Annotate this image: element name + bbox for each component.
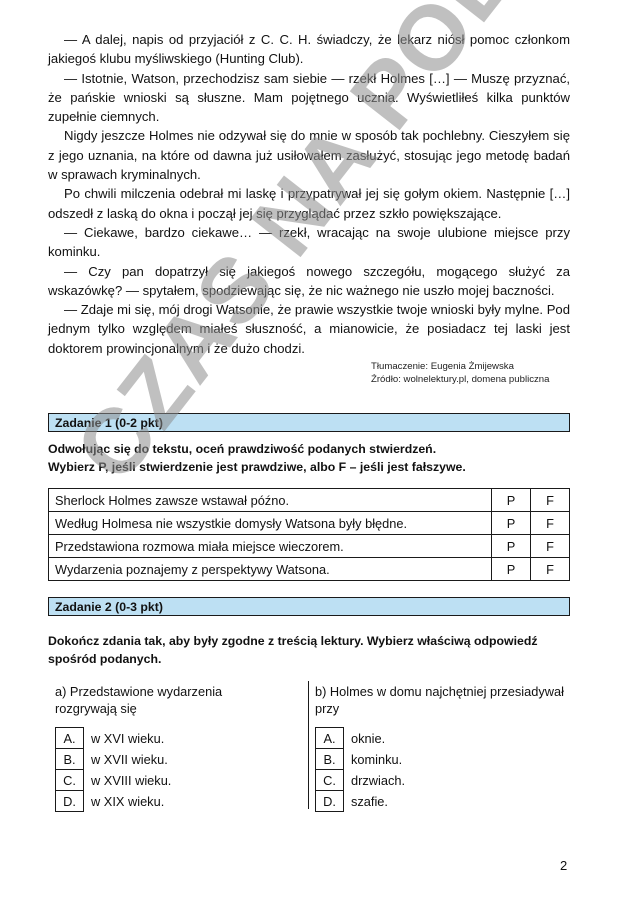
option-letter[interactable]: A. — [56, 728, 84, 749]
task2-header: Zadanie 2 (0-3 pkt) — [48, 597, 570, 616]
passage-paragraph: — A dalej, napis od przyjaciół z C. C. H… — [48, 30, 570, 69]
option-row[interactable]: B.kominku. — [316, 749, 406, 770]
statement-text: Sherlock Holmes zawsze wstawał późno. — [49, 489, 492, 512]
option-text[interactable]: szafie. — [344, 791, 406, 812]
passage-paragraph: Nigdy jeszcze Holmes nie odzywał się do … — [48, 126, 570, 184]
task2-instruction: Dokończ zdania tak, aby były zgodne z tr… — [48, 632, 578, 668]
option-letter[interactable]: D. — [316, 791, 344, 812]
table-row: Według Holmesa nie wszystkie domysły Wat… — [49, 512, 570, 535]
statement-text: Wydarzenia poznajemy z perspektywy Watso… — [49, 558, 492, 581]
column-divider — [308, 681, 309, 809]
passage-paragraph: Po chwili milczenia odebrał mi laskę i p… — [48, 184, 570, 223]
task1-header: Zadanie 1 (0-2 pkt) — [48, 413, 570, 432]
table-row: Wydarzenia poznajemy z perspektywy Watso… — [49, 558, 570, 581]
passage-paragraph: — Ciekawe, bardzo ciekawe… — rzekł, wrac… — [48, 223, 570, 262]
false-option[interactable]: F — [531, 558, 570, 581]
true-option[interactable]: P — [492, 489, 531, 512]
passage-paragraph: — Zdaje mi się, mój drogi Watsonie, że p… — [48, 300, 570, 358]
question-b: b) Holmes w domu najchętniej przesiadywa… — [315, 683, 564, 812]
option-text[interactable]: oknie. — [344, 728, 406, 749]
option-row[interactable]: B.w XVII wieku. — [56, 749, 172, 770]
option-text[interactable]: w XVIII wieku. — [84, 770, 172, 791]
question-b-prompt: b) Holmes w domu najchętniej przesiadywa… — [315, 683, 564, 717]
option-letter[interactable]: C. — [56, 770, 84, 791]
question-a-prompt: a) Przedstawione wydarzenia rozgrywają s… — [55, 683, 222, 717]
true-option[interactable]: P — [492, 535, 531, 558]
true-option[interactable]: P — [492, 558, 531, 581]
option-letter[interactable]: B. — [316, 749, 344, 770]
task1-instruction-line1: Odwołując się do tekstu, oceń prawdziwoś… — [48, 440, 578, 458]
task2-instruction-line1: Dokończ zdania tak, aby były zgodne z tr… — [48, 632, 578, 650]
option-row[interactable]: A.oknie. — [316, 728, 406, 749]
option-row[interactable]: C.w XVIII wieku. — [56, 770, 172, 791]
passage-paragraph: — Czy pan dopatrzył się jakiegoś nowego … — [48, 262, 570, 301]
passage-paragraph: — Istotnie, Watson, przechodzisz sam sie… — [48, 69, 570, 127]
option-letter[interactable]: D. — [56, 791, 84, 812]
false-option[interactable]: F — [531, 489, 570, 512]
option-letter[interactable]: C. — [316, 770, 344, 791]
option-row[interactable]: D.szafie. — [316, 791, 406, 812]
statement-text: Przedstawiona rozmowa miała miejsce wiec… — [49, 535, 492, 558]
source-credit: Źródło: wolnelektury.pl, domena publiczn… — [371, 373, 549, 386]
option-text[interactable]: drzwiach. — [344, 770, 406, 791]
statement-text: Według Holmesa nie wszystkie domysły Wat… — [49, 512, 492, 535]
task1-instruction: Odwołując się do tekstu, oceń prawdziwoś… — [48, 440, 578, 476]
question-b-options: A.oknie. B.kominku. C.drzwiach. D.szafie… — [315, 727, 406, 812]
true-option[interactable]: P — [492, 512, 531, 535]
question-a: a) Przedstawione wydarzenia rozgrywają s… — [55, 683, 222, 812]
false-option[interactable]: F — [531, 535, 570, 558]
question-a-options: A.w XVI wieku. B.w XVII wieku. C.w XVIII… — [55, 727, 172, 812]
option-text[interactable]: w XIX wieku. — [84, 791, 172, 812]
question-b-line2: przy — [315, 700, 564, 717]
false-option[interactable]: F — [531, 512, 570, 535]
table-row: Przedstawiona rozmowa miała miejsce wiec… — [49, 535, 570, 558]
question-a-line1: a) Przedstawione wydarzenia — [55, 683, 222, 700]
option-text[interactable]: kominku. — [344, 749, 406, 770]
option-letter[interactable]: A. — [316, 728, 344, 749]
passage-credits: Tłumaczenie: Eugenia Żmijewska Źródło: w… — [371, 360, 549, 386]
question-b-line1: b) Holmes w domu najchętniej przesiadywa… — [315, 683, 564, 700]
option-row[interactable]: D.w XIX wieku. — [56, 791, 172, 812]
task2-instruction-line2: spośród podanych. — [48, 650, 578, 668]
page-number: 2 — [560, 858, 567, 873]
translation-credit: Tłumaczenie: Eugenia Żmijewska — [371, 360, 549, 373]
option-row[interactable]: A.w XVI wieku. — [56, 728, 172, 749]
option-row[interactable]: C.drzwiach. — [316, 770, 406, 791]
option-letter[interactable]: B. — [56, 749, 84, 770]
table-row: Sherlock Holmes zawsze wstawał późno. P … — [49, 489, 570, 512]
true-false-table: Sherlock Holmes zawsze wstawał późno. P … — [48, 488, 570, 581]
exam-page: — A dalej, napis od przyjaciół z C. C. H… — [0, 0, 625, 900]
question-a-line2: rozgrywają się — [55, 700, 222, 717]
option-text[interactable]: w XVII wieku. — [84, 749, 172, 770]
option-text[interactable]: w XVI wieku. — [84, 728, 172, 749]
reading-passage: — A dalej, napis od przyjaciół z C. C. H… — [48, 30, 570, 358]
task1-instruction-line2: Wybierz P, jeśli stwierdzenie jest prawd… — [48, 458, 578, 476]
